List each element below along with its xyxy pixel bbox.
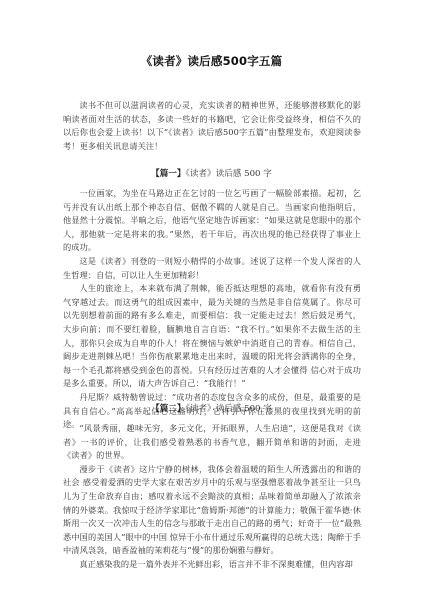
intro-block: 读书不但可以滋润读者的心灵，充实读者的精神世界，还能够潜移默化的影响读者面对生活… — [63, 99, 361, 153]
section-1-paragraph-2: 这是《读者》刊登的一则短小精悍的小故事。述说了这样一个发人深省的人生哲理：自信，… — [63, 255, 361, 282]
section-1-paragraph-3: 人生的旅途上，本来就布满了荆棘，能否抵达理想的高地，就看你有没有勇气穿越过去。而… — [63, 282, 361, 391]
intro-paragraph: 读书不但可以滋润读者的心灵，充实读者的精神世界，还能够潜移默化的影响读者面对生活… — [63, 99, 361, 153]
section-1-paragraph-1: 一位画家，为坐在马路边正在乞讨的一位乞丐画了一幅脸部素描。起初，乞丐并没有认出纸… — [63, 187, 361, 255]
section-2-heading: 【篇二】《读者》读后感 500 字 — [0, 402, 423, 414]
document-page: 《读者》读后感500字五篇 读书不但可以滋润读者的心灵，充实读者的精神世界，还能… — [0, 0, 423, 600]
document-title: 《读者》读后感500字五篇 — [0, 53, 423, 69]
section-2-paragraph-2: 漫步于《读者》这片宁静的树林，我体会着温暖的陌生人所透露出的和谐的社会 感受着爱… — [63, 463, 361, 558]
section-2-tag: 【篇二】 — [151, 404, 185, 414]
section-1-tag: 【篇一】 — [151, 169, 185, 179]
section-1-body: 一位画家，为坐在马路边正在乞讨的一位乞丐画了一幅脸部素描。起初，乞丐并没有认出纸… — [63, 187, 361, 432]
section-1-heading: 【篇一】《读者》读后感 500 字 — [0, 167, 423, 179]
section-1-heading-text: 《读者》读后感 500 字 — [186, 169, 272, 179]
section-2-heading-text: 《读者》读后感 500 字 — [186, 404, 272, 414]
section-2-paragraph-1: “风景秀丽，趣味无穷，多元文化，开拓眼界，人生启迪”，这便是我对《读者》一书的评… — [63, 422, 361, 463]
section-2-paragraph-3: 真正感染我的是一篇外表并不光鲜出彩，语言并不非不深奥难懂，但内容却 — [63, 558, 361, 572]
section-2-body: “风景秀丽，趣味无穷，多元文化，开拓眼界，人生启迪”，这便是我对《读者》一书的评… — [63, 422, 361, 572]
